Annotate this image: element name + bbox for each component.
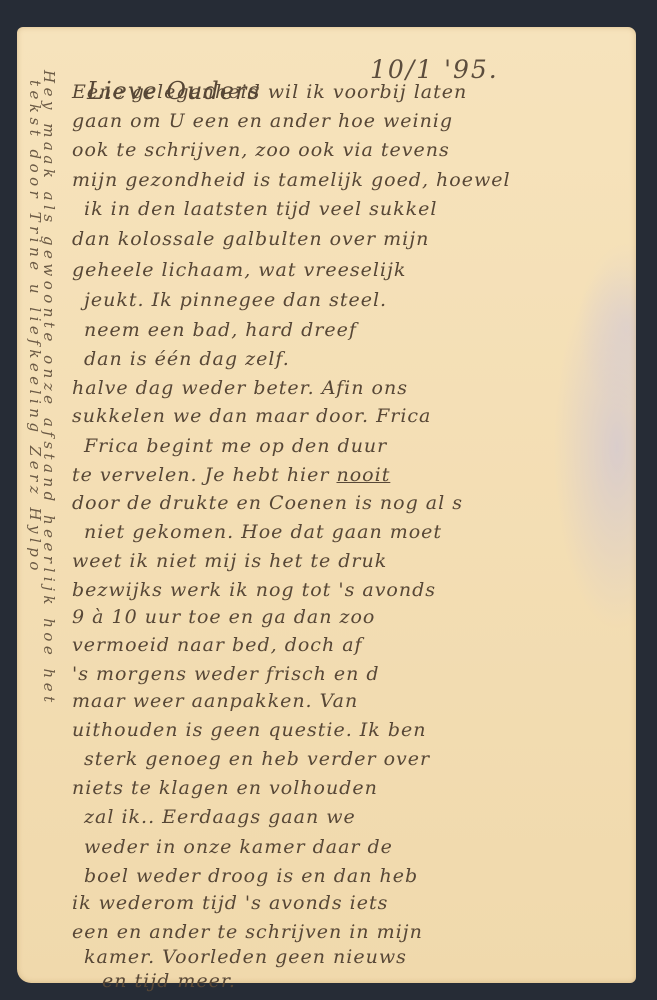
underlined-word: nooit bbox=[337, 464, 391, 486]
letter-line: weet ik niet mij is het te druk bbox=[72, 550, 387, 572]
letter-line: weder in onze kamer daar de bbox=[84, 836, 393, 858]
letter-line: ik wederom tijd 's avonds iets bbox=[72, 892, 388, 914]
letter-line: maar weer aanpakken. Van bbox=[72, 690, 358, 712]
letter-line: ook te schrijven, zoo ook via tevens bbox=[72, 139, 450, 161]
letter-line: halve dag weder beter. Afin ons bbox=[72, 377, 408, 399]
letter-line: jeukt. Ik pinnegee dan steel. bbox=[84, 289, 387, 311]
letter-line: niet gekomen. Hoe dat gaan moet bbox=[84, 521, 442, 543]
margin-note: tekst door Trine u liefkeeling Zerz Hylp… bbox=[26, 80, 44, 575]
letter-line: niets te klagen en volhouden bbox=[72, 777, 378, 799]
letter-line: dan kolossale galbulten over mijn bbox=[72, 228, 429, 250]
letter-line: Frica begint me op den duur bbox=[84, 435, 387, 457]
letter-line: te vervelen. Je hebt hier nooit bbox=[72, 464, 390, 486]
letter-line: boel weder droog is en dan heb bbox=[84, 865, 418, 887]
letter-line: 9 à 10 uur toe en ga dan zoo bbox=[72, 606, 375, 628]
letter-date: 10/1 '95. bbox=[370, 55, 499, 84]
letter-line: vermoeid naar bed, doch af bbox=[72, 634, 363, 656]
letter-line: gaan om U een en ander hoe weinig bbox=[72, 110, 453, 132]
letter-line: bezwijks werk ik nog tot 's avonds bbox=[72, 579, 436, 601]
letter-line: door de drukte en Coenen is nog al s bbox=[72, 492, 463, 514]
letter-line: neem een bad, hard dreef bbox=[84, 319, 357, 341]
letter-line: 's morgens weder frisch en d bbox=[72, 663, 380, 685]
letter-line: geheele lichaam, wat vreeselijk bbox=[72, 259, 406, 281]
letter-line: een en ander te schrijven in mijn bbox=[72, 921, 423, 943]
letter-line: en tijd meer. bbox=[102, 970, 236, 992]
letter-paper: 10/1 '95. Lieve Ouders Eene gelegenheid … bbox=[17, 27, 636, 983]
letter-line: Eene gelegenheid wil ik voorbij laten bbox=[72, 81, 467, 103]
letter-line: sterk genoeg en heb verder over bbox=[84, 748, 430, 770]
letter-line: sukkelen we dan maar door. Frica bbox=[72, 405, 431, 427]
letter-line: ik in den laatsten tijd veel sukkel bbox=[84, 198, 437, 220]
letter-line: mijn gezondheid is tamelijk goed, hoewel bbox=[72, 169, 511, 191]
letter-line: zal ik.. Eerdaags gaan we bbox=[84, 806, 356, 828]
letter-line: dan is één dag zelf. bbox=[84, 348, 290, 370]
letter-line: uithouden is geen questie. Ik ben bbox=[72, 719, 426, 741]
letter-line: kamer. Voorleden geen nieuws bbox=[84, 946, 407, 968]
